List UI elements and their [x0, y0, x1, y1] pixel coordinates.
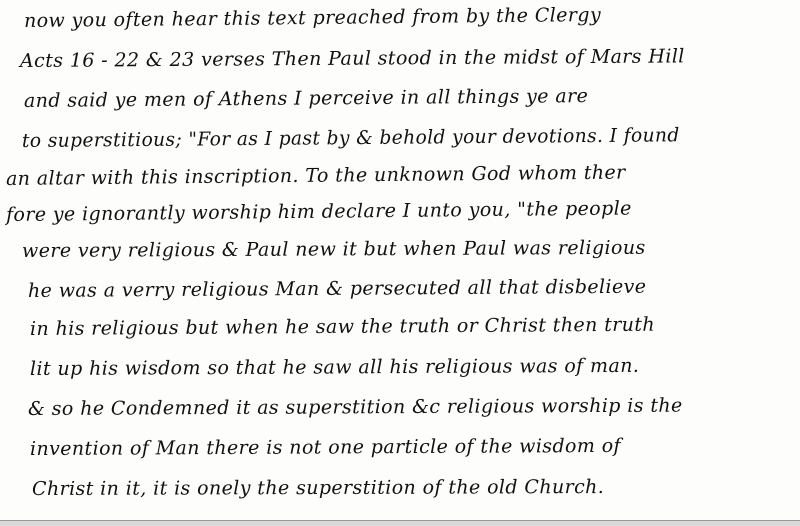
manuscript-line-9: in his religious but when he saw the tru…	[30, 314, 655, 340]
manuscript-line-4: to superstitious; "For as I past by & be…	[22, 124, 680, 152]
manuscript-line-11: & so he Condemned it as superstition &c …	[28, 395, 683, 420]
manuscript-line-5: an altar with this inscription. To the u…	[6, 162, 626, 190]
manuscript-line-3: and said ye men of Athens I perceive in …	[24, 85, 588, 112]
manuscript-line-12: invention of Man there is not one partic…	[30, 435, 621, 460]
manuscript-line-6: fore ye ignorantly worship him declare I…	[6, 197, 632, 226]
manuscript-line-10: lit up his wisdom so that he saw all his…	[30, 355, 639, 380]
manuscript-line-8: he was a verry religious Man & persecute…	[28, 276, 647, 302]
manuscript-line-2: Acts 16 - 22 & 23 verses Then Paul stood…	[20, 45, 685, 72]
manuscript-line-13: Christ in it, it is onely the superstiti…	[32, 476, 604, 500]
manuscript-page: now you often hear this text preached fr…	[0, 0, 800, 520]
page-bottom-edge	[0, 520, 800, 526]
manuscript-line-1: now you often hear this text preached fr…	[24, 4, 601, 32]
manuscript-line-7: were very religious & Paul new it but wh…	[22, 237, 646, 262]
